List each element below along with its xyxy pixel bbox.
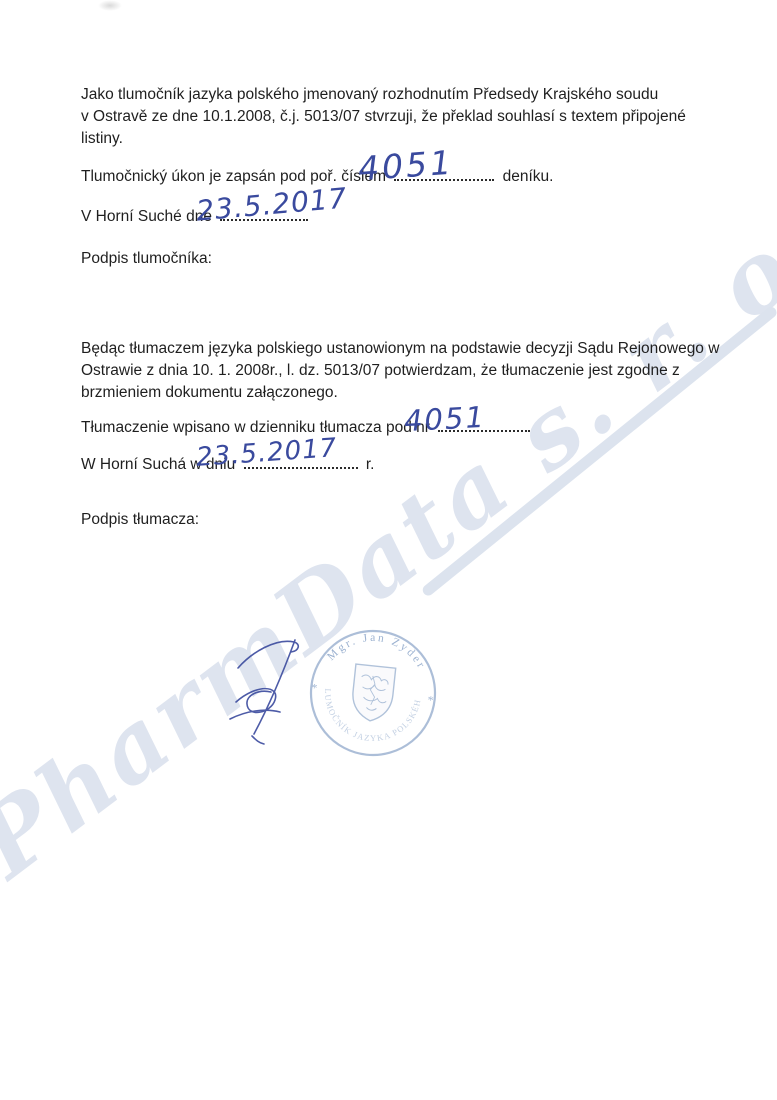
stamp-star-left: * xyxy=(311,681,318,696)
polish-signature-label: Podpis tłumacza: xyxy=(81,511,199,529)
journal-line-suffix: deníku. xyxy=(503,168,554,185)
journal-line-prefix: Tłumaczenie wpisano w dzienniku tłumacza… xyxy=(81,419,430,436)
date-line-suffix: r. xyxy=(366,456,375,473)
handwritten-date-czech: 23.5.2017 xyxy=(195,181,349,227)
paragraph-line: v Ostravě ze dne 10.1.2008, č.j. 5013/07… xyxy=(81,106,686,128)
watermark-text: PharmData s. r. o. xyxy=(0,191,777,899)
polish-certification-paragraph: Będąc tłumaczem języka polskiego ustanow… xyxy=(81,338,719,404)
paragraph-line: brzmieniem dokumentu załączonego. xyxy=(81,382,719,404)
date-line-prefix: V Horní Suché dne xyxy=(81,208,212,225)
paragraph-line: Jako tlumočník jazyka polského jmenovaný… xyxy=(81,84,686,106)
stamp-coat-of-arms xyxy=(350,664,396,723)
scan-artifact xyxy=(98,0,122,11)
translator-round-stamp: Mgr. Jan Zyder TLUMOČNÍK JAZYKA POLSKÉHO… xyxy=(300,620,446,766)
handwritten-journal-number-polish: 4051 xyxy=(403,400,486,438)
handwritten-journal-number-czech: 4051 xyxy=(357,143,455,189)
czech-certification-paragraph: Jako tlumočník jazyka polského jmenovaný… xyxy=(81,84,686,150)
scanned-document-page: PharmData s. r. o. Jako tlumočník jazyka… xyxy=(0,0,777,1100)
paragraph-line: Będąc tłumaczem języka polskiego ustanow… xyxy=(81,338,719,360)
czech-signature-label: Podpis tlumočníka: xyxy=(81,250,212,268)
paragraph-line: Ostrawie z dnia 10. 1. 2008r., l. dz. 50… xyxy=(81,360,719,382)
